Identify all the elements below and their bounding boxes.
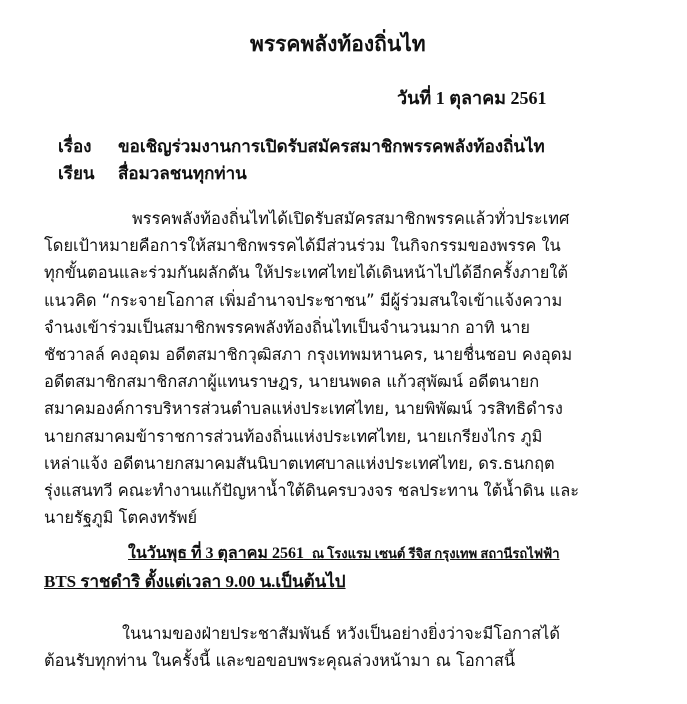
body-line: เหล่าแจ้ง อดีตนายกสมาคมสันนิบาตเทศบาลแห่… [44,450,644,477]
body-line: พรรคพลังท้องถิ่นไทได้เปิดรับสมัครสมาชิกพ… [44,205,644,232]
body-line: ชัชวาลล์ คงอุดม อดีตสมาชิกวุฒิสภา กรุงเท… [44,341,644,368]
body-line: สมาคมองค์การบริหารส่วนตำบลแห่งประเทศไทย,… [44,395,644,422]
recipient-label: เรียน [58,160,118,187]
body-line: ทุกขั้นตอนและร่วมกันผลักดัน ให้ประเทศไทย… [44,259,644,286]
body-line: อดีตสมาชิกสมาชิกสภาผู้แทนราษฎร, นายนพดล … [44,368,644,395]
event-venue: ณ โรงแรม เซนต์ รีจิส กรุงเทพ สถานีรถไฟฟ้… [312,546,560,561]
body-paragraph: พรรคพลังท้องถิ่นไทได้เปิดรับสมัครสมาชิกพ… [44,205,644,531]
body-line: รุ่งแสนทวี คณะทำงานแก้ปัญหาน้ำใต้ดินครบว… [44,477,644,504]
document-title: พรรคพลังท้องถิ่นไท [250,28,426,61]
body-line: นายกสมาคมข้าราชการส่วนท้องถิ่นแห่งประเทศ… [44,423,644,450]
body-line: นายรัฐภูมิ โตคงทรัพย์ [44,504,644,531]
closing-line: ต้อนรับทุกท่าน ในครั้งนี้ และขอขอบพระคุณ… [44,647,644,674]
document-date: วันที่ 1 ตุลาคม 2561 [397,83,547,112]
event-time: BTS ราชดำริ ตั้งแต่เวลา 9.00 น.เป็นต้นไป [44,568,346,595]
subject-label: เรื่อง [58,133,118,160]
closing-paragraph: ในนามของฝ่ายประชาสัมพันธ์ หวังเป็นอย่างย… [44,620,644,674]
subject-value: ขอเชิญร่วมงานการเปิดรับสมัครสมาชิกพรรคพล… [118,137,545,157]
event-date-venue: ในวันพุธ ที่ 3 ตุลาคม 2561 ณ โรงแรม เซนต… [128,541,560,566]
recipient-row: เรียนสื่อมวลชนทุกท่าน [58,160,247,187]
body-line: จำนงเข้าร่วมเป็นสมาชิกพรรคพลังท้องถิ่นไท… [44,314,644,341]
subject-row: เรื่องขอเชิญร่วมงานการเปิดรับสมัครสมาชิก… [58,133,545,160]
recipient-value: สื่อมวลชนทุกท่าน [118,164,247,184]
body-line: โดยเป้าหมายคือการให้สมาชิกพรรคได้มีส่วนร… [44,232,644,259]
event-date: ในวันพุธ ที่ 3 ตุลาคม 2561 [128,545,304,562]
closing-line: ในนามของฝ่ายประชาสัมพันธ์ หวังเป็นอย่างย… [44,620,644,647]
body-line: แนวคิด “กระจายโอกาส เพิ่มอำนาจประชาชน” ม… [44,287,644,314]
